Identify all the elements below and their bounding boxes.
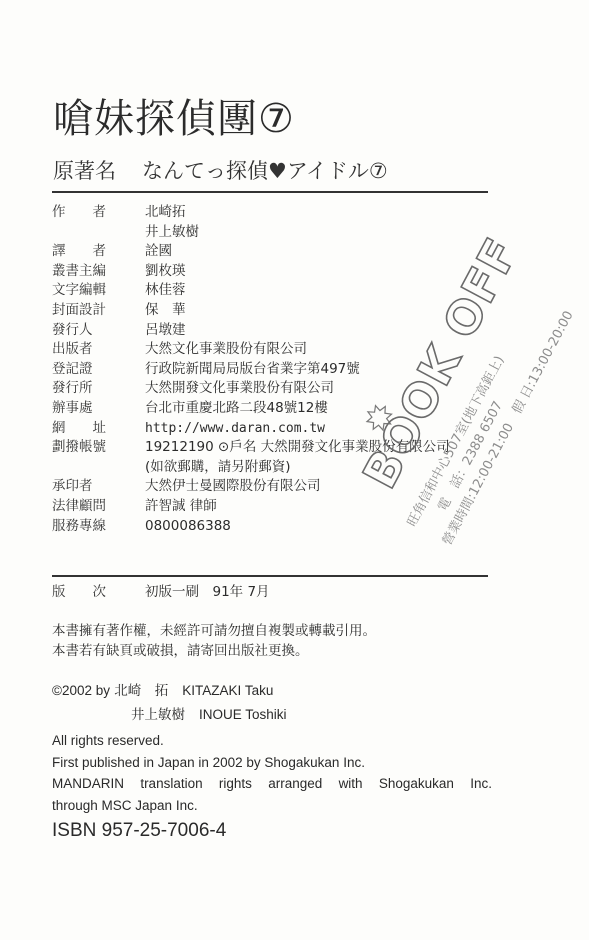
credit-value: 大然開發文化事業股份有限公司 xyxy=(145,379,334,399)
credit-value: 大然文化事業股份有限公司 xyxy=(145,340,307,360)
credit-value: 大然伊士曼國際股份有限公司 xyxy=(145,477,321,497)
edition-row: 版 次初版一刷 91年 7月 xyxy=(52,583,270,603)
credit-label: 承印者 xyxy=(52,477,122,497)
rights-word: Inc. xyxy=(470,773,492,795)
notice-line: 本書擁有著作權，未經許可請勿擅自複製或轉載引用。 xyxy=(52,621,376,641)
credit-row: 承印者大然伊士曼國際股份有限公司 xyxy=(52,477,492,497)
author-cjk: 井上敏樹 xyxy=(131,707,185,723)
credit-value: 許智誠 律師 xyxy=(145,497,217,517)
credit-label: 辦事處 xyxy=(52,399,122,419)
credit-label: 發行人 xyxy=(52,321,122,341)
credit-row: 登記證行政院新聞局局版台省業字第497號 xyxy=(52,360,492,380)
credit-label xyxy=(52,458,145,478)
credit-row: 叢書主編劉枚瑛 xyxy=(52,262,492,282)
credit-label: 叢書主編 xyxy=(52,262,145,282)
edition-label: 版 次 xyxy=(52,583,145,603)
credit-value: 0800086388 xyxy=(145,517,231,537)
credit-value: 林佳蓉 xyxy=(145,281,186,301)
isbn: ISBN 957-25-7006-4 xyxy=(52,820,226,842)
credit-value: 呂墩建 xyxy=(145,321,186,341)
credit-label: 服務專線 xyxy=(52,517,145,537)
author-cjk: 北崎 拓 xyxy=(114,683,168,699)
english-rights: All rights reserved. First published in … xyxy=(52,730,492,816)
credit-row: 服務專線0800086388 xyxy=(52,517,492,537)
notice-line: 本書若有缺頁或破損，請寄回出版社更換。 xyxy=(52,641,376,661)
rights-line: All rights reserved. xyxy=(52,730,492,752)
credit-value: 劉枚瑛 xyxy=(145,262,186,282)
original-title-label: 原著名 xyxy=(53,159,116,183)
rights-word: Shogakukan xyxy=(379,773,454,795)
edition-value: 初版一刷 91年 7月 xyxy=(145,583,270,603)
rights-word: translation xyxy=(140,773,202,795)
credit-row: 法律顧問許智誠 律師 xyxy=(52,497,492,517)
divider xyxy=(52,575,488,577)
website-value: http://www.daran.com.tw xyxy=(145,419,325,439)
rights-word: rights xyxy=(219,773,252,795)
copyright-block: ©2002 by 北崎 拓KITAZAKI Taku 井上敏樹INOUE Tos… xyxy=(52,679,287,727)
rights-word: with xyxy=(339,773,363,795)
rights-line: First published in Japan in 2002 by Shog… xyxy=(52,752,492,774)
rights-line: through MSC Japan Inc. xyxy=(52,795,492,817)
credit-row: 發行人呂墩建 xyxy=(52,321,492,341)
credit-label: 封面設計 xyxy=(52,301,145,321)
credit-label: 網 址 xyxy=(52,419,145,439)
credit-value: (如欲郵購，請另附郵資) xyxy=(145,458,291,478)
copyright-prefix: ©2002 by xyxy=(52,683,110,698)
credit-value: 保 華 xyxy=(145,301,186,321)
copyright-notice: 本書擁有著作權，未經許可請勿擅自複製或轉載引用。 本書若有缺頁或破損，請寄回出版… xyxy=(52,621,376,661)
credit-label: 出版者 xyxy=(52,340,122,360)
credit-row: 文字編輯林佳蓉 xyxy=(52,281,492,301)
credit-row: 作 者北崎拓 xyxy=(52,203,492,223)
credit-label: 法律顧問 xyxy=(52,497,145,517)
rights-word: arranged xyxy=(268,773,322,795)
book-title: 嗆妹探偵團⑦ xyxy=(53,96,295,142)
credit-label xyxy=(52,223,145,243)
credit-label: 登記證 xyxy=(52,360,122,380)
author-latin: KITAZAKI Taku xyxy=(182,683,273,698)
credit-value: 井上敏樹 xyxy=(145,223,199,243)
credit-label: 劃撥帳號 xyxy=(52,438,145,458)
credit-row: (如欲郵購，請另附郵資) xyxy=(52,458,492,478)
original-title-line: 原著名なんてっ探偵♥アイドル⑦ xyxy=(53,157,388,185)
divider xyxy=(52,191,488,193)
credit-row: 辦事處台北市重慶北路二段48號12樓 xyxy=(52,399,492,419)
author-latin: INOUE Toshiki xyxy=(199,707,287,722)
credit-row: 發行所大然開發文化事業股份有限公司 xyxy=(52,379,492,399)
credit-row: 出版者大然文化事業股份有限公司 xyxy=(52,340,492,360)
original-title: なんてっ探偵♥アイドル⑦ xyxy=(142,159,388,183)
rights-line: MANDARINtranslationrightsarrangedwithSho… xyxy=(52,773,492,795)
credit-value: 詮國 xyxy=(145,242,172,262)
credit-value: 行政院新聞局局版台省業字第497號 xyxy=(145,360,360,380)
credit-label: 作 者 xyxy=(52,203,145,223)
credit-label: 文字編輯 xyxy=(52,281,145,301)
credit-label: 譯 者 xyxy=(52,242,145,262)
credit-value: 北崎拓 xyxy=(145,203,186,223)
credit-value: 19212190 ⊙戶名 大然開發文化事業股份有限公司 xyxy=(145,438,450,458)
credit-label: 發行所 xyxy=(52,379,122,399)
credit-row: 封面設計保 華 xyxy=(52,301,492,321)
rights-word: MANDARIN xyxy=(52,773,124,795)
credit-row: 劃撥帳號19212190 ⊙戶名 大然開發文化事業股份有限公司 xyxy=(52,438,492,458)
colophon-page: 嗆妹探偵團⑦ 原著名なんてっ探偵♥アイドル⑦ 作 者北崎拓 井上敏樹 譯 者詮國… xyxy=(0,0,589,940)
credit-value: 台北市重慶北路二段48號12樓 xyxy=(145,399,328,419)
credit-row: 井上敏樹 xyxy=(52,223,492,243)
credit-row: 譯 者詮國 xyxy=(52,242,492,262)
credits-table: 作 者北崎拓 井上敏樹 譯 者詮國 叢書主編劉枚瑛 文字編輯林佳蓉 封面設計保 … xyxy=(52,203,492,536)
credit-row: 網 址http://www.daran.com.tw xyxy=(52,419,492,439)
